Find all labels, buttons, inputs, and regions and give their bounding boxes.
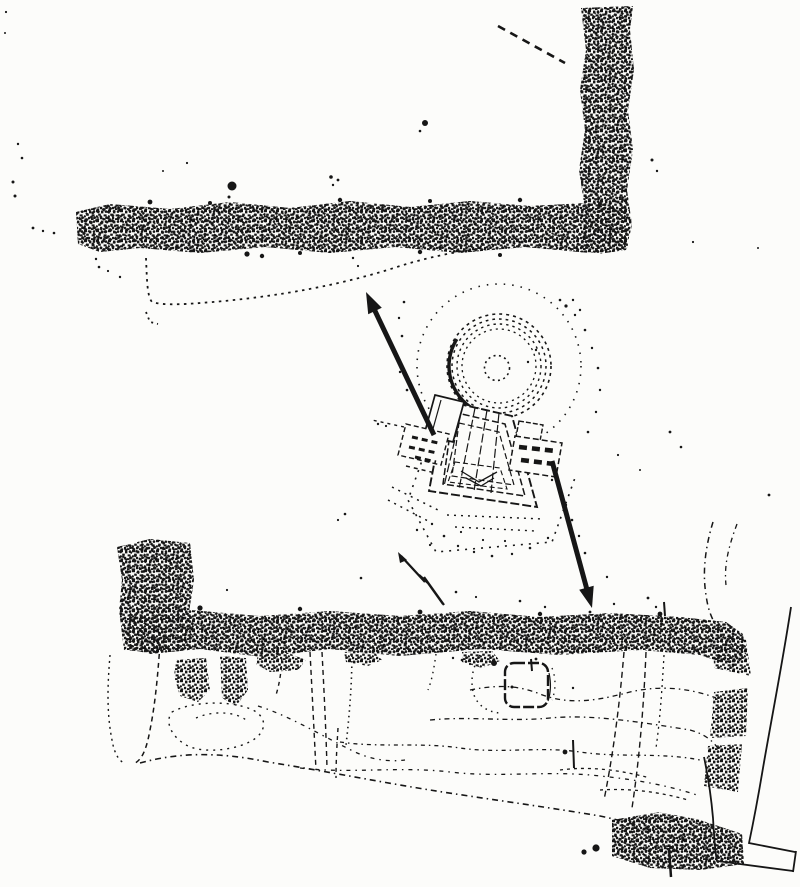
lower-enclosure-tree-band — [117, 539, 751, 870]
building-outline — [505, 659, 550, 707]
upper-dotted-path — [146, 246, 494, 304]
upper-enclosure-tree-band — [76, 6, 634, 324]
site-plan-figure — [0, 0, 800, 887]
scanned-map-canvas — [0, 0, 800, 887]
upper-dashed-track — [498, 26, 565, 63]
survey-break-symbol — [398, 552, 444, 605]
arrow-to-lower-enclosure — [579, 586, 594, 608]
arrow-to-upper-enclosure — [366, 292, 382, 314]
scatter-dots — [4, 11, 770, 855]
keyhole-tomb-plan — [372, 284, 581, 552]
contour-lines — [140, 687, 720, 832]
